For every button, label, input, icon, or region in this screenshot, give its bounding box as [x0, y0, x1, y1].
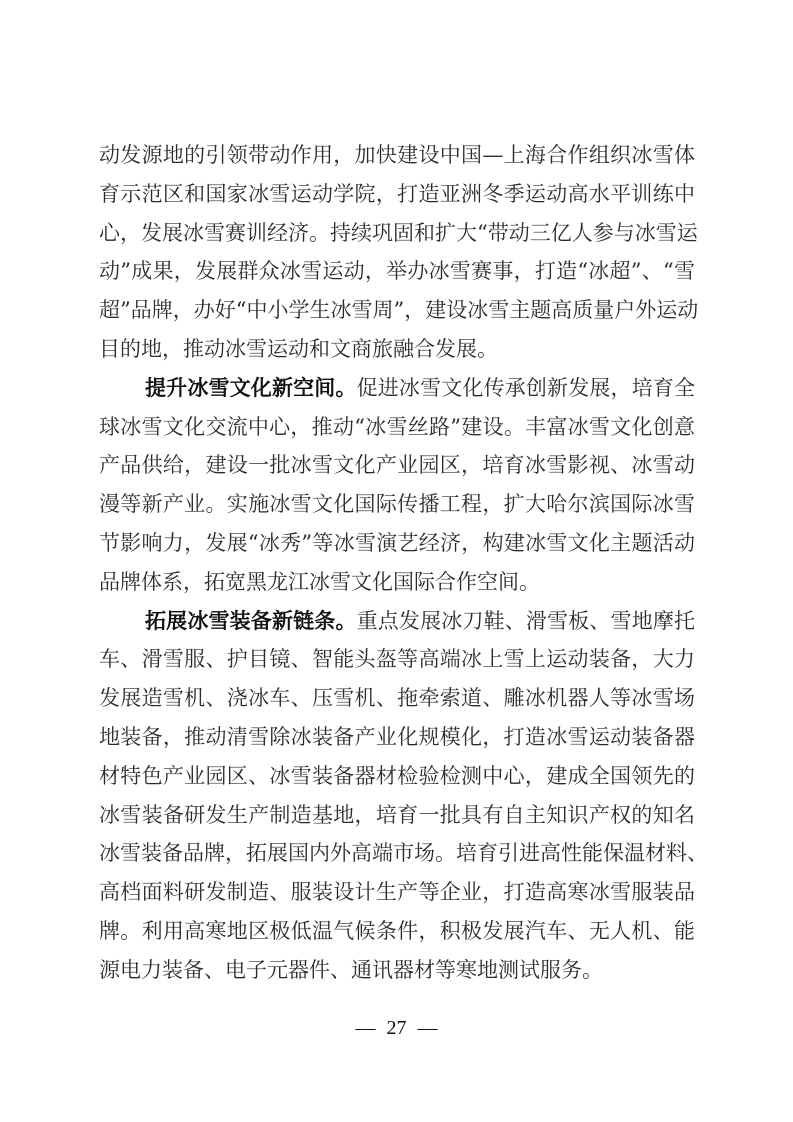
text-line: 节影响力，发展“冰秀”等冰雪演艺经济，构建冰雪文化主题活动	[99, 524, 695, 563]
text-line: 冰雪装备品牌，拓展国内外高端市场。培育引进高性能保温材料、	[99, 834, 695, 873]
text-line: 车、滑雪服、护目镜、智能头盔等高端冰上雪上运动装备，大力	[99, 640, 695, 679]
text-line: 拓展冰雪装备新链条。重点发展冰刀鞋、滑雪板、雪地摩托	[99, 602, 695, 641]
text-line: 动”成果，发展群众冰雪运动，举办冰雪赛事，打造“冰超”、“雪	[99, 252, 695, 291]
text-line: 目的地，推动冰雪运动和文商旅融合发展。	[99, 330, 695, 369]
text-line: 球冰雪文化交流中心，推动“冰雪丝路”建设。丰富冰雪文化创意	[99, 408, 695, 447]
text-line: 冰雪装备研发生产制造基地，培育一批具有自主知识产权的知名	[99, 796, 695, 835]
text-line: 地装备，推动清雪除冰装备产业化规模化，打造冰雪运动装备器	[99, 718, 695, 757]
section-heading: 提升冰雪文化新空间。	[145, 376, 357, 400]
text-line: 材特色产业园区、冰雪装备器材检验检测中心，建成全国领先的	[99, 757, 695, 796]
text-line: 发展造雪机、浇冰车、压雪机、拖牵索道、雕冰机器人等冰雪场	[99, 679, 695, 718]
text-line: 动发源地的引领带动作用，加快建设中国—上海合作组织冰雪体	[99, 136, 695, 175]
text-line: 育示范区和国家冰雪运动学院，打造亚洲冬季运动高水平训练中	[99, 175, 695, 214]
section-heading: 拓展冰雪装备新链条。	[145, 609, 357, 633]
paragraph-ice-snow-equipment: 拓展冰雪装备新链条。重点发展冰刀鞋、滑雪板、雪地摩托 车、滑雪服、护目镜、智能头…	[99, 602, 695, 990]
paragraph-winter-sports: 动发源地的引领带动作用，加快建设中国—上海合作组织冰雪体 育示范区和国家冰雪运动…	[99, 136, 695, 369]
text-line: 高档面料研发制造、服装设计生产等企业，打造高寒冰雪服装品	[99, 873, 695, 912]
text-line: 心，发展冰雪赛训经济。持续巩固和扩大“带动三亿人参与冰雪运	[99, 214, 695, 253]
text-segment: 重点发展冰刀鞋、滑雪板、雪地摩托	[357, 609, 695, 633]
text-line: 漫等新产业。实施冰雪文化国际传播工程，扩大哈尔滨国际冰雪	[99, 485, 695, 524]
document-body: 动发源地的引领带动作用，加快建设中国—上海合作组织冰雪体 育示范区和国家冰雪运动…	[99, 136, 695, 990]
text-line: 牌。利用高寒地区极低温气候条件，积极发展汽车、无人机、能	[99, 912, 695, 951]
paragraph-ice-snow-culture: 提升冰雪文化新空间。促进冰雪文化传承创新发展，培育全 球冰雪文化交流中心，推动“…	[99, 369, 695, 602]
text-line: 产品供给，建设一批冰雪文化产业园区，培育冰雪影视、冰雪动	[99, 446, 695, 485]
text-segment: 促进冰雪文化传承创新发展，培育全	[357, 376, 695, 400]
text-line: 源电力装备、电子元器件、通讯器材等寒地测试服务。	[99, 951, 695, 990]
text-line: 提升冰雪文化新空间。促进冰雪文化传承创新发展，培育全	[99, 369, 695, 408]
text-line: 品牌体系，拓宽黑龙江冰雪文化国际合作空间。	[99, 563, 695, 602]
text-line: 超”品牌，办好“中小学生冰雪周”，建设冰雪主题高质量户外运动	[99, 291, 695, 330]
page-number: — 27 —	[0, 1017, 793, 1040]
